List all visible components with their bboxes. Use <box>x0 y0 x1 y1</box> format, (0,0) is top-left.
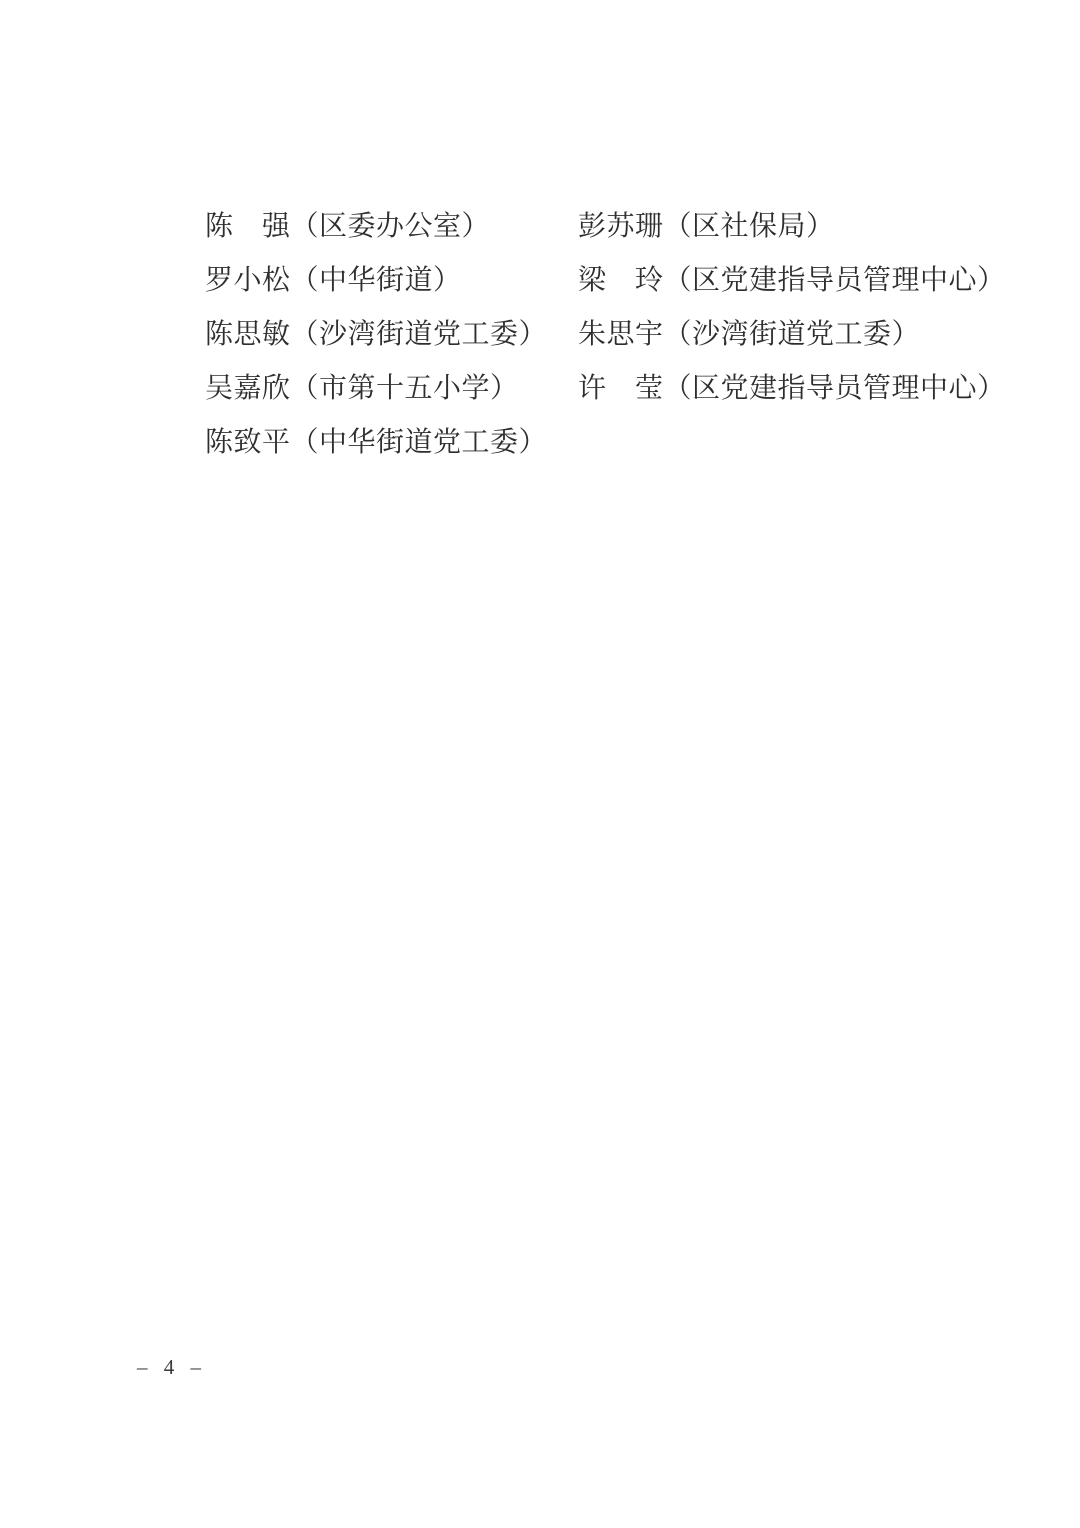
person-org: （区委办公室） <box>291 211 491 242</box>
person-name: 朱思宇 <box>578 308 664 362</box>
person-org: （区党建指导员管理中心） <box>664 373 1006 404</box>
roster-entry: 陈思敏（沙湾街道党工委） <box>205 308 578 362</box>
person-org: （中华街道） <box>291 265 462 296</box>
person-org: （沙湾街道党工委） <box>291 319 548 350</box>
person-name: 吴嘉欣 <box>205 362 291 416</box>
name-roster: 陈 强（区委办公室） 彭苏珊（区社保局） 罗小松（中华街道） 梁 玲（区党建指导… <box>205 200 965 470</box>
person-org: （区党建指导员管理中心） <box>664 265 1006 296</box>
person-name: 陈致平 <box>205 416 291 470</box>
person-org: （市第十五小学） <box>291 373 519 404</box>
person-name: 彭苏珊 <box>578 200 664 254</box>
roster-entry: 彭苏珊（区社保局） <box>578 200 965 254</box>
roster-row: 吴嘉欣（市第十五小学） 许 莹（区党建指导员管理中心） <box>205 362 965 416</box>
roster-entry: 罗小松（中华街道） <box>205 254 578 308</box>
roster-row: 陈思敏（沙湾街道党工委） 朱思宇（沙湾街道党工委） <box>205 308 965 362</box>
roster-row: 陈致平（中华街道党工委） <box>205 416 965 470</box>
roster-row: 陈 强（区委办公室） 彭苏珊（区社保局） <box>205 200 965 254</box>
person-org: （沙湾街道党工委） <box>664 319 921 350</box>
person-name: 罗小松 <box>205 254 291 308</box>
roster-entry: 吴嘉欣（市第十五小学） <box>205 362 578 416</box>
roster-entry: 朱思宇（沙湾街道党工委） <box>578 308 965 362</box>
document-page: 陈 强（区委办公室） 彭苏珊（区社保局） 罗小松（中华街道） 梁 玲（区党建指导… <box>0 0 1080 1528</box>
roster-row: 罗小松（中华街道） 梁 玲（区党建指导员管理中心） <box>205 254 965 308</box>
roster-entry: 许 莹（区党建指导员管理中心） <box>578 362 1006 416</box>
roster-entry: 陈致平（中华街道党工委） <box>205 416 578 470</box>
person-name: 许 莹 <box>578 362 664 416</box>
person-name: 陈 强 <box>205 200 291 254</box>
person-org: （区社保局） <box>664 211 835 242</box>
roster-entry: 陈 强（区委办公室） <box>205 200 578 254</box>
person-name: 梁 玲 <box>578 254 664 308</box>
person-org: （中华街道党工委） <box>291 427 548 458</box>
page-number: – 4 – <box>137 1352 202 1382</box>
person-name: 陈思敏 <box>205 308 291 362</box>
roster-entry: 梁 玲（区党建指导员管理中心） <box>578 254 1006 308</box>
